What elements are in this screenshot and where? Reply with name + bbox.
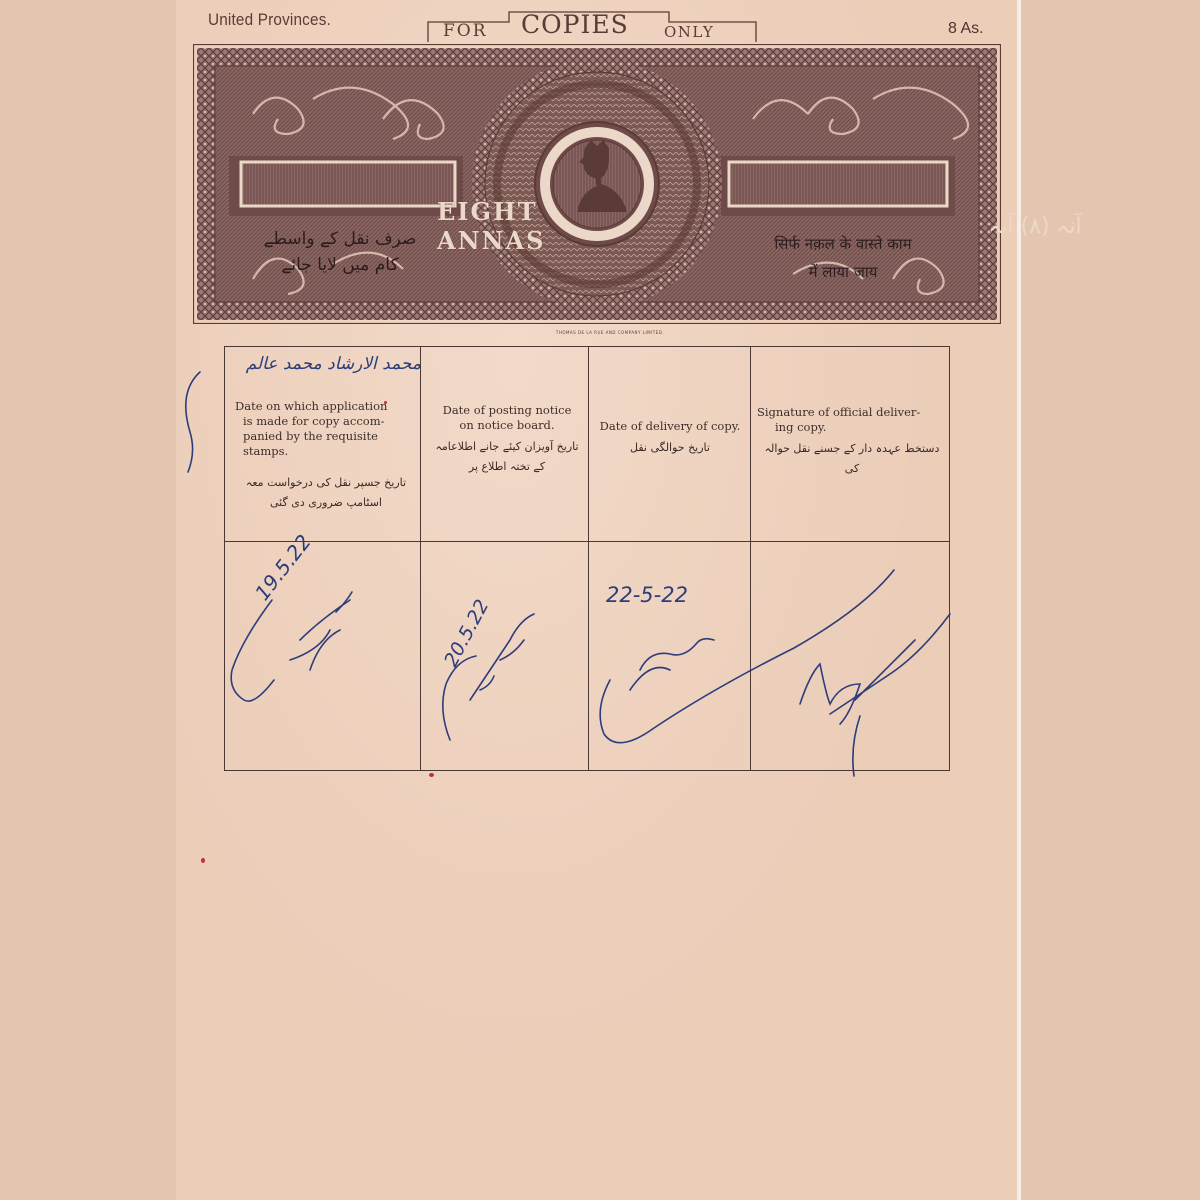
header-en: Signature of official deliver- ing copy. bbox=[757, 405, 947, 435]
header-row-divider bbox=[225, 541, 949, 542]
overprint-urdu: صرف نقل کے واسطے کام میں لایا جائے bbox=[230, 226, 450, 278]
header-en: Date of posting notice on notice board. bbox=[427, 403, 587, 433]
header-official-signature: Signature of official deliver- ing copy.… bbox=[757, 347, 947, 541]
ink-speck bbox=[429, 773, 434, 777]
overprint-hindi-line-1: सिर्फ नक़ल के वास्ते काम bbox=[728, 230, 958, 258]
header-line: is made for copy accom- bbox=[235, 414, 417, 429]
ink-speck bbox=[384, 401, 387, 404]
header-line: Date of posting notice bbox=[427, 403, 587, 418]
header-line: اسٹامپ ضروری دی گئی bbox=[235, 493, 417, 513]
overprint-urdu-line-2: کام میں لایا جائے bbox=[230, 252, 450, 278]
column-divider bbox=[420, 347, 421, 770]
banner-only: ONLY bbox=[664, 23, 714, 41]
header-ur: تاریخ جسپر نقل کی درخواست معہ اسٹامپ ضرو… bbox=[235, 473, 417, 513]
for-copies-only-banner: FOR COPIES ONLY bbox=[427, 11, 757, 43]
stamp-value: 8 As. bbox=[948, 20, 984, 38]
column-divider bbox=[750, 347, 751, 770]
header-line: تاریخ آویزان کیئے جانے اطلاعامہ bbox=[427, 437, 587, 457]
header-line: کے تختہ اطلاع پر bbox=[427, 457, 587, 477]
header-ur: تاریخ حوالگی نقل bbox=[591, 438, 749, 458]
denomination-english: EIGHT ANNAS bbox=[437, 207, 645, 245]
overprint-hindi-line-2: में लाया जाय bbox=[728, 258, 958, 286]
overprint-hindi: सिर्फ नक़ल के वास्ते काम में लाया जाय bbox=[728, 230, 958, 286]
header-line: کی bbox=[757, 459, 947, 479]
overprint-urdu-line-1: صرف نقل کے واسطے bbox=[230, 226, 450, 252]
header-line: دستخط عہدہ دار کے جسنے نقل حوالہ bbox=[757, 439, 947, 459]
copy-register-table: Date on which application is made for co… bbox=[224, 346, 950, 771]
header-line: تاریخ جسپر نقل کی درخواست معہ bbox=[235, 473, 417, 493]
handwritten-applicant-name: محمد الارشاد محمد عالم bbox=[196, 354, 421, 374]
ink-speck bbox=[201, 858, 205, 863]
paper-edge bbox=[1017, 0, 1021, 1200]
header-line: panied by the requisite bbox=[235, 429, 417, 444]
header-ur: دستخط عہدہ دار کے جسنے نقل حوالہ کی bbox=[757, 439, 947, 479]
header-notice-date: Date of posting notice on notice board. … bbox=[427, 347, 587, 541]
header-en: Date of delivery of copy. bbox=[591, 419, 749, 434]
region-label: United Provinces. bbox=[208, 10, 331, 30]
header-line: on notice board. bbox=[427, 418, 587, 433]
header-delivery-date: Date of delivery of copy. تاریخ حوالگی ن… bbox=[591, 347, 749, 541]
header-application-date: Date on which application is made for co… bbox=[235, 347, 417, 541]
header-line: stamps. bbox=[235, 444, 417, 459]
printer-imprint: THOMAS DE LA RUE AND COMPANY LIMITED. bbox=[520, 330, 700, 335]
header-en: Date on which application is made for co… bbox=[235, 399, 417, 459]
banner-for: FOR bbox=[443, 21, 488, 41]
header-ur: تاریخ آویزان کیئے جانے اطلاعامہ کے تختہ … bbox=[427, 437, 587, 477]
column-divider bbox=[588, 347, 589, 770]
header-line: ing copy. bbox=[757, 420, 947, 435]
header-line: Signature of official deliver- bbox=[757, 405, 947, 420]
banner-copies: COPIES bbox=[521, 10, 629, 39]
entry-delivery-date: 22-5-22 bbox=[606, 583, 688, 607]
header-line: Date on which application bbox=[235, 399, 417, 414]
denomination-urdu: آنہ (۸) آنہ bbox=[928, 207, 1142, 245]
